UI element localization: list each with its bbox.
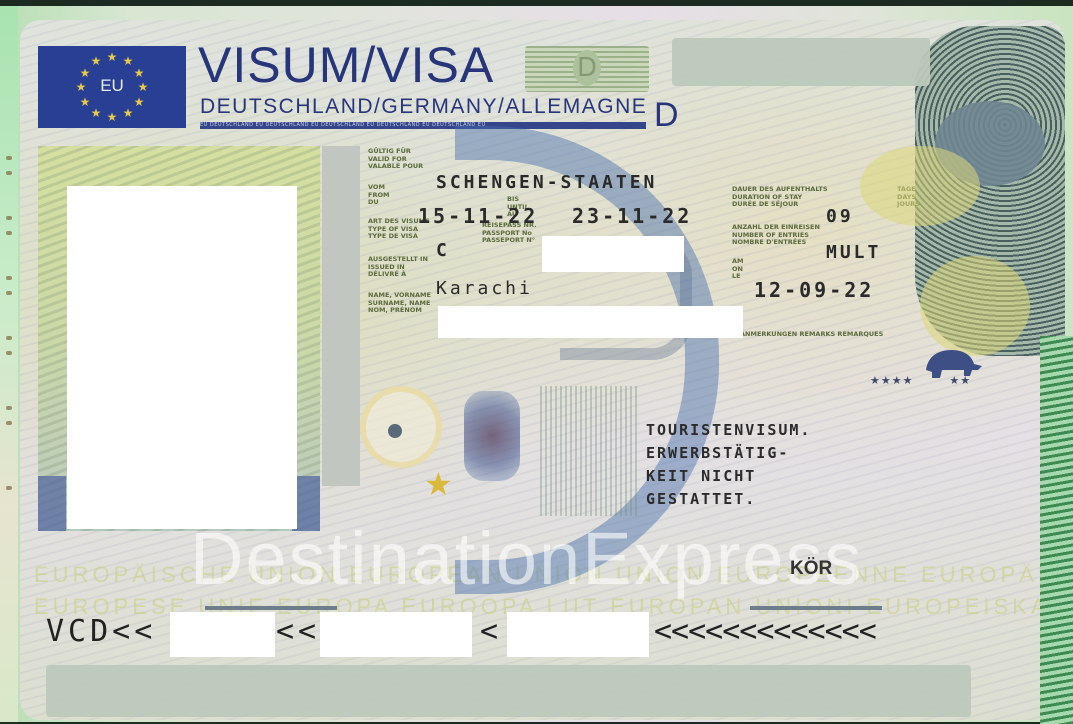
label-valid-for: GÜLTIG FÜR VALID FOR VALABLE POUR xyxy=(368,148,423,171)
redacted-name xyxy=(438,306,743,338)
hologram-window xyxy=(540,386,640,516)
eu-flag-label: EU xyxy=(38,76,186,96)
rosette-hologram xyxy=(464,391,520,481)
redacted-mrz-segment xyxy=(170,612,275,657)
remarks-text: TOURISTENVISUM. ERWERBSTÄTIG- KEIT NICHT… xyxy=(646,419,811,511)
label-entries: ANZAHL DER EINREISEN NUMBER OF ENTRIES N… xyxy=(732,224,820,247)
hologram-letter: D xyxy=(573,50,601,86)
redacted-mrz-line-2 xyxy=(46,665,971,717)
label-on: AM ON LE xyxy=(732,258,744,281)
photo-corner xyxy=(38,476,66,531)
security-strip xyxy=(322,146,360,486)
mrz-separator: << xyxy=(276,614,320,649)
perforation xyxy=(6,351,12,355)
perforation xyxy=(6,216,12,220)
redacted-mrz-segment xyxy=(507,612,649,657)
label-issued-in: AUSGESTELLT IN ISSUED IN DÉLIVRÉ À xyxy=(368,256,428,279)
mrz-guide-line xyxy=(750,606,882,610)
eu-flag-icon: ★ ★ ★ ★ ★ ★ ★ ★ ★ ★ ★ ★ EU xyxy=(38,46,186,128)
label-remarks: ANMERKUNGEN REMARKS REMARQUES xyxy=(740,331,883,339)
mrz-guide-line xyxy=(205,606,337,610)
value-until: 23-11-22 xyxy=(572,204,692,228)
mrz-prefix: VCD<< xyxy=(46,614,156,649)
yellow-wash xyxy=(920,256,1030,356)
redacted-mrz-segment xyxy=(320,612,472,657)
redacted-photo xyxy=(67,186,297,529)
microprint-line: EU DEUTSCHLAND EU DEUTSCHLAND EU DEUTSCH… xyxy=(200,122,646,129)
perforation xyxy=(6,171,12,175)
watermark-text: DestinationExpress xyxy=(190,516,864,601)
redacted-passport-number xyxy=(542,236,684,272)
perforation xyxy=(6,156,12,160)
label-name: NAME, VORNAME SURNAME, NAME NOM, PRÉNOM xyxy=(368,292,431,315)
value-type-of-visa: C xyxy=(436,240,450,261)
visa-title: VISUM/VISA xyxy=(198,36,494,94)
value-issue-date: 12-09-22 xyxy=(754,278,874,302)
value-valid-for: SCHENGEN-STAATEN xyxy=(436,172,657,193)
seal-center xyxy=(388,424,402,438)
mrz-fill: <<<<<<<<<<<<< xyxy=(654,614,876,649)
passport-page-green-edge xyxy=(1040,336,1073,724)
d-hologram-icon: D xyxy=(525,46,649,92)
perforation xyxy=(6,291,12,295)
perforation xyxy=(6,336,12,340)
value-entries: MULT xyxy=(826,242,881,263)
perforation xyxy=(6,421,12,425)
value-from: 15-11-22 xyxy=(418,204,538,228)
perforation xyxy=(6,276,12,280)
perforation xyxy=(6,231,12,235)
perforation xyxy=(6,406,12,410)
value-duration-days: 09 xyxy=(826,206,854,227)
country-code: D xyxy=(654,96,679,135)
redacted-visa-number xyxy=(672,38,930,86)
label-from: VOM FROM DU xyxy=(368,184,389,207)
rhino-stars-icon: ★★★★ ★★ xyxy=(870,374,971,387)
yellow-wash xyxy=(860,146,980,226)
mrz-separator: < xyxy=(480,614,502,649)
value-issued-in: Karachi xyxy=(436,278,533,299)
passport-page-edge xyxy=(0,6,18,722)
issuing-country: DEUTSCHLAND/GERMANY/ALLEMAGNE xyxy=(200,95,647,119)
visa-sticker: EUROPÄISCHE UNION EUROPEAN UNION UNION E… xyxy=(0,6,1073,722)
label-duration: DAUER DES AUFENTHALTS DURATION OF STAY D… xyxy=(732,186,828,209)
perforation xyxy=(6,486,12,490)
signature-mark: KÖR xyxy=(790,558,832,580)
gold-star-icon: ★ xyxy=(424,468,453,500)
